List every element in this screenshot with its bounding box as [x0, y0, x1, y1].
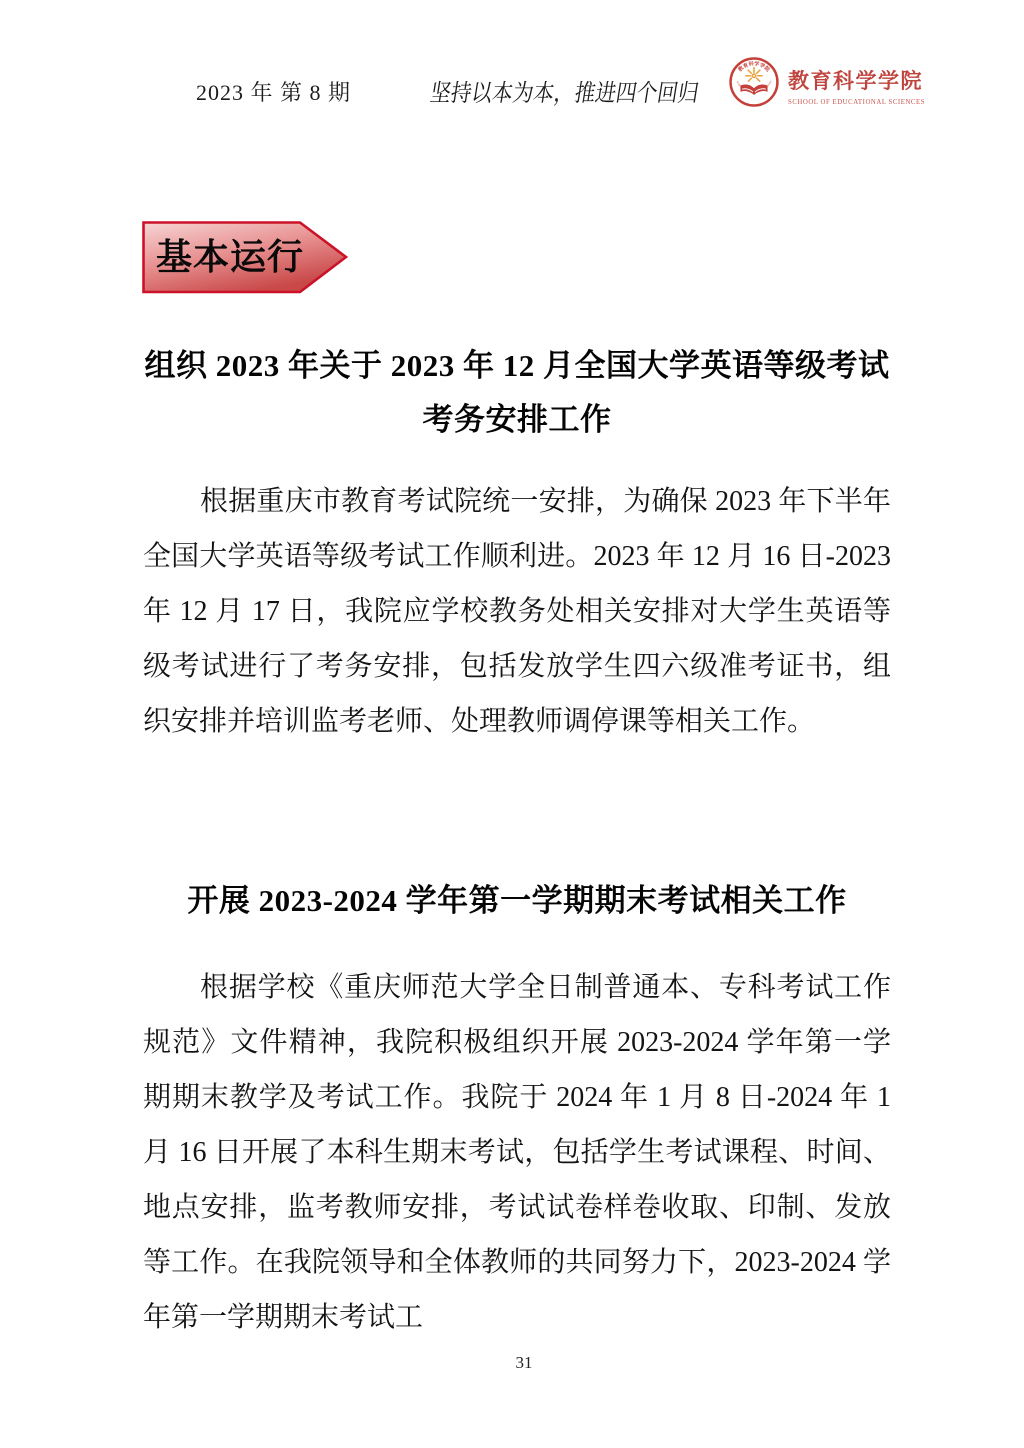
- section-banner: 基本运行: [142, 221, 350, 294]
- document-page: 2023 年 第 8 期 坚持以本为本，推进四个回归 教育科学学院 SCHOOL…: [0, 0, 1024, 1448]
- motto: 坚持以本为本，推进四个回归: [428, 73, 740, 108]
- motto-text: 坚持以本为本，推进四个回归: [428, 73, 702, 108]
- school-name-en: SCHOOL OF EDUCATIONAL SCIENCES: [788, 99, 925, 106]
- page-number: 31: [0, 1353, 1024, 1373]
- issue-info: 2023 年 第 8 期: [196, 76, 351, 107]
- article2-paragraph: 根据学校《重庆师范大学全日制普通本、专科考试工作规范》文件精神，我院积极组织开展…: [143, 960, 891, 1345]
- article1-title-line2: 考务安排工作: [143, 393, 891, 447]
- article1-title: 组织 2023 年关于 2023 年 12 月全国大学英语等级考试 考务安排工作: [143, 339, 891, 447]
- school-name-cn: 教育科学学院: [788, 65, 925, 95]
- article2-title: 开展 2023-2024 学年第一学期期末考试相关工作: [143, 874, 891, 928]
- logo-text: 教育科学学院 SCHOOL OF EDUCATIONAL SCIENCES: [788, 57, 925, 106]
- article2-title-line1: 开展 2023-2024 学年第一学期期末考试相关工作: [143, 874, 891, 928]
- article1-title-line1: 组织 2023 年关于 2023 年 12 月全国大学英语等级考试: [143, 339, 891, 393]
- section-banner-label: 基本运行: [156, 221, 304, 293]
- school-logo: 教育科学学院 SCHOOL OF EDUCATIONAL SCIENCES: [729, 57, 925, 107]
- article1-paragraph: 根据重庆市教育考试院统一安排，为确保 2023 年下半年全国大学英语等级考试工作…: [143, 474, 891, 749]
- school-emblem-icon: 教育科学学院 SCHOOL OF EDUCATIONAL SCIENCES: [729, 57, 779, 107]
